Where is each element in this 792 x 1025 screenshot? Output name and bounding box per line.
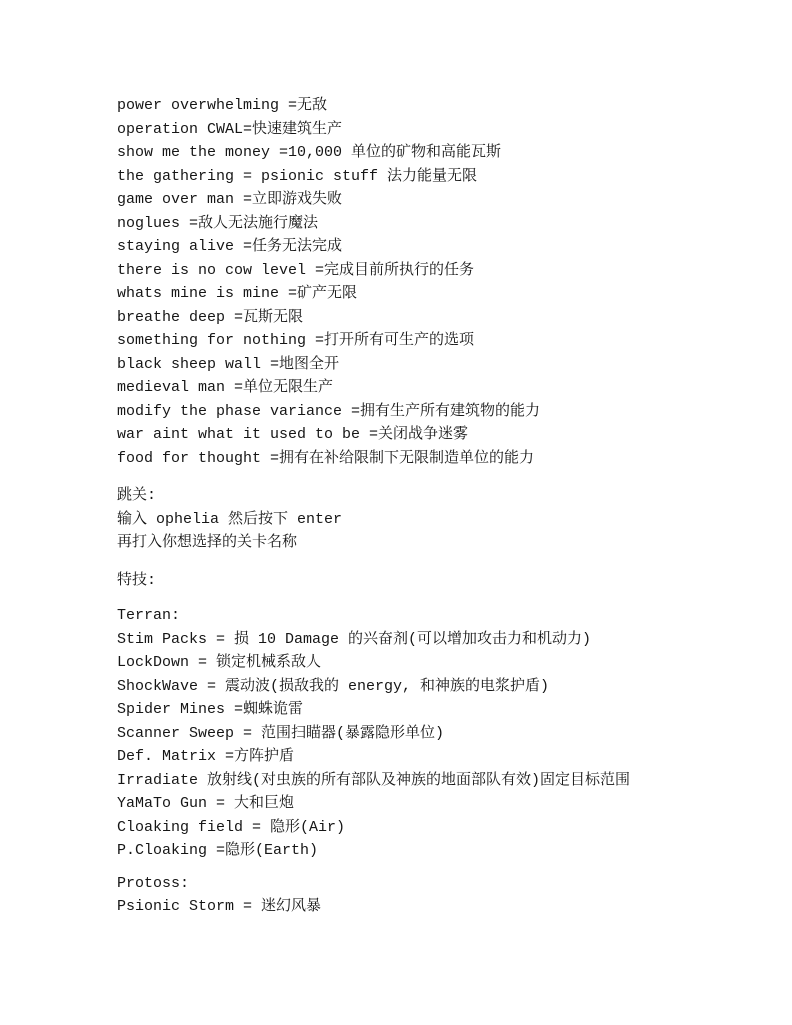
terran-ability-line: Cloaking field = 隐形(Air): [117, 816, 762, 840]
terran-ability-line: Stim Packs = 损 10 Damage 的兴奋剂(可以增加攻击力和机动…: [117, 628, 762, 652]
terran-ability-line: Irradiate 放射线(对虫族的所有部队及神族的地面部队有效)固定目标范围: [117, 769, 762, 793]
cheat-code-line: show me the money =10,000 单位的矿物和高能瓦斯: [117, 141, 762, 165]
cheat-code-line: medieval man =单位无限生产: [117, 376, 762, 400]
section-protoss: Protoss: Psionic Storm = 迷幻风暴: [117, 872, 762, 919]
cheat-code-line: breathe deep =瓦斯无限: [117, 306, 762, 330]
cheat-code-line: food for thought =拥有在补给限制下无限制造单位的能力: [117, 447, 762, 471]
document-page: power overwhelming =无敌operation CWAL=快速建…: [0, 0, 792, 1025]
section-specials: 特技:: [117, 569, 762, 593]
level-skip-heading: 跳关:: [117, 484, 762, 508]
section-level-skip: 跳关: 输入 ophelia 然后按下 enter再打入你想选择的关卡名称: [117, 484, 762, 555]
cheat-code-list: power overwhelming =无敌operation CWAL=快速建…: [117, 94, 762, 470]
cheat-code-line: something for nothing =打开所有可生产的选项: [117, 329, 762, 353]
cheat-code-line: game over man =立即游戏失败: [117, 188, 762, 212]
terran-ability-line: ShockWave = 震动波(损敌我的 energy, 和神族的电浆护盾): [117, 675, 762, 699]
cheat-code-line: modify the phase variance =拥有生产所有建筑物的能力: [117, 400, 762, 424]
protoss-ability-list: Psionic Storm = 迷幻风暴: [117, 895, 762, 919]
cheat-code-line: whats mine is mine =矿产无限: [117, 282, 762, 306]
protoss-heading: Protoss:: [117, 872, 762, 896]
cheat-code-line: the gathering = psionic stuff 法力能量无限: [117, 165, 762, 189]
terran-heading: Terran:: [117, 604, 762, 628]
cheat-code-line: black sheep wall =地图全开: [117, 353, 762, 377]
section-cheat-codes: power overwhelming =无敌operation CWAL=快速建…: [117, 94, 762, 470]
level-skip-line: 输入 ophelia 然后按下 enter: [117, 508, 762, 532]
terran-ability-line: LockDown = 锁定机械系敌人: [117, 651, 762, 675]
specials-heading: 特技:: [117, 569, 762, 593]
terran-ability-line: Spider Mines =蜘蛛诡雷: [117, 698, 762, 722]
level-skip-list: 输入 ophelia 然后按下 enter再打入你想选择的关卡名称: [117, 508, 762, 555]
terran-ability-line: P.Cloaking =隐形(Earth): [117, 839, 762, 863]
terran-ability-list: Stim Packs = 损 10 Damage 的兴奋剂(可以增加攻击力和机动…: [117, 628, 762, 863]
cheat-code-line: noglues =敌人无法施行魔法: [117, 212, 762, 236]
cheat-code-line: operation CWAL=快速建筑生产: [117, 118, 762, 142]
terran-ability-line: YaMaTo Gun = 大和巨炮: [117, 792, 762, 816]
cheat-code-line: war aint what it used to be =关闭战争迷雾: [117, 423, 762, 447]
level-skip-line: 再打入你想选择的关卡名称: [117, 531, 762, 555]
cheat-code-line: power overwhelming =无敌: [117, 94, 762, 118]
cheat-code-line: there is no cow level =完成目前所执行的任务: [117, 259, 762, 283]
terran-ability-line: Scanner Sweep = 范围扫瞄器(暴露隐形单位): [117, 722, 762, 746]
document-content: power overwhelming =无敌operation CWAL=快速建…: [117, 94, 762, 919]
terran-ability-line: Def. Matrix =方阵护盾: [117, 745, 762, 769]
protoss-ability-line: Psionic Storm = 迷幻风暴: [117, 895, 762, 919]
cheat-code-line: staying alive =任务无法完成: [117, 235, 762, 259]
section-terran: Terran: Stim Packs = 损 10 Damage 的兴奋剂(可以…: [117, 604, 762, 863]
